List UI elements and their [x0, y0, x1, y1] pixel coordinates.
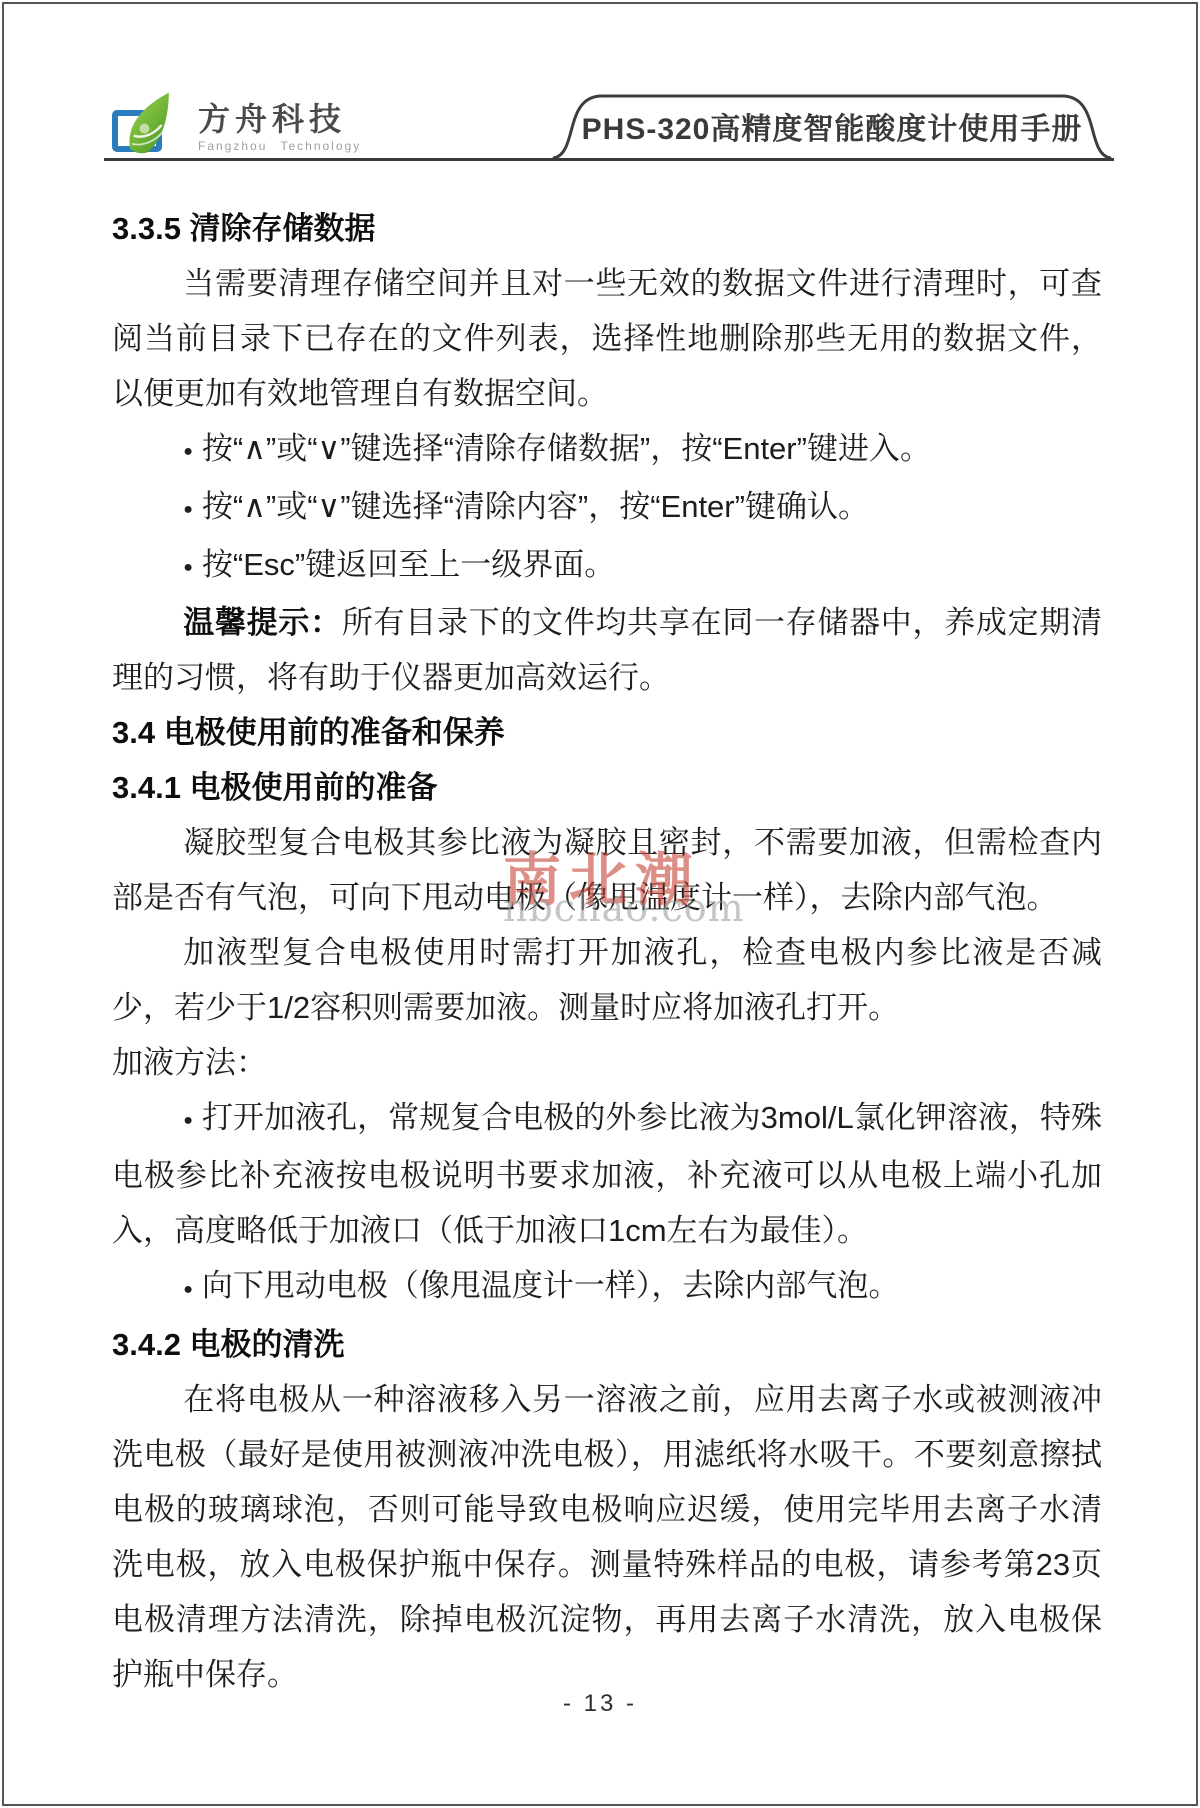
- document-body: 3.3.5 清除存储数据当需要清理存储空间并且对一些无效的数据文件进行清理时，可…: [112, 201, 1102, 1702]
- section-heading: 3.3.5 清除存储数据: [112, 201, 1102, 256]
- section-heading: 3.4.1 电极使用前的准备: [112, 760, 1102, 815]
- paragraph: 当需要清理存储空间并且对一些无效的数据文件进行清理时，可查阅当前目录下已存在的文…: [112, 256, 1102, 421]
- manual-title: PHS-320高精度智能酸度计使用手册: [582, 96, 1082, 156]
- bullet-item: ●按“∧”或“∨”键选择“清除存储数据”，按“Enter”键进入。: [112, 421, 1102, 479]
- bullet-item: ●打开加液孔，常规复合电极的外参比液为3mol/L氯化钾溶液，特殊电极参比补充液…: [112, 1090, 1102, 1258]
- company-name-en: Fangzhou Technology: [198, 139, 361, 153]
- bullet-icon: ●: [183, 500, 202, 518]
- bullet-icon: ●: [183, 442, 202, 460]
- section-heading: 3.4 电极使用前的准备和保养: [112, 705, 1102, 760]
- paragraph: 加液方法：: [112, 1035, 1102, 1090]
- paragraph-lead: 温馨提示：: [183, 605, 342, 640]
- logo-text: 方舟科技 Fangzhou Technology: [198, 94, 361, 153]
- leaf-icon: [122, 88, 176, 162]
- bullet-item: ●向下甩动电极（像甩温度计一样），去除内部气泡。: [112, 1258, 1102, 1316]
- section-heading: 3.4.2 电极的清洗: [112, 1317, 1102, 1372]
- bullet-icon: ●: [183, 1280, 202, 1298]
- company-name: 方舟科技: [198, 102, 361, 136]
- logo-mark: [112, 94, 184, 166]
- paragraph: 温馨提示：所有目录下的文件均共享在同一存储器中，养成定期清理的习惯，将有助于仪器…: [112, 595, 1102, 705]
- paragraph: 加液型复合电极使用时需打开加液孔，检查电极内参比液是否减少，若少于1/2容积则需…: [112, 925, 1102, 1035]
- company-logo: 方舟科技 Fangzhou Technology: [112, 94, 361, 164]
- bullet-item: ●按“∧”或“∨”键选择“清除内容”，按“Enter”键确认。: [112, 479, 1102, 537]
- bullet-icon: ●: [183, 558, 202, 576]
- bullet-icon: ●: [183, 1111, 202, 1129]
- page-number: - 13 -: [0, 1690, 1200, 1718]
- manual-page: 方舟科技 Fangzhou Technology PHS-320高精度智能酸度计…: [0, 0, 1200, 1808]
- paragraph: 凝胶型复合电极其参比液为凝胶且密封，不需要加液，但需检查内部是否有气泡，可向下甩…: [112, 815, 1102, 925]
- bullet-item: ●按“Esc”键返回至上一级界面。: [112, 537, 1102, 595]
- manual-title-tab: PHS-320高精度智能酸度计使用手册: [552, 90, 1112, 160]
- paragraph: 在将电极从一种溶液移入另一溶液之前，应用去离子水或被测液冲洗电极（最好是使用被测…: [112, 1372, 1102, 1702]
